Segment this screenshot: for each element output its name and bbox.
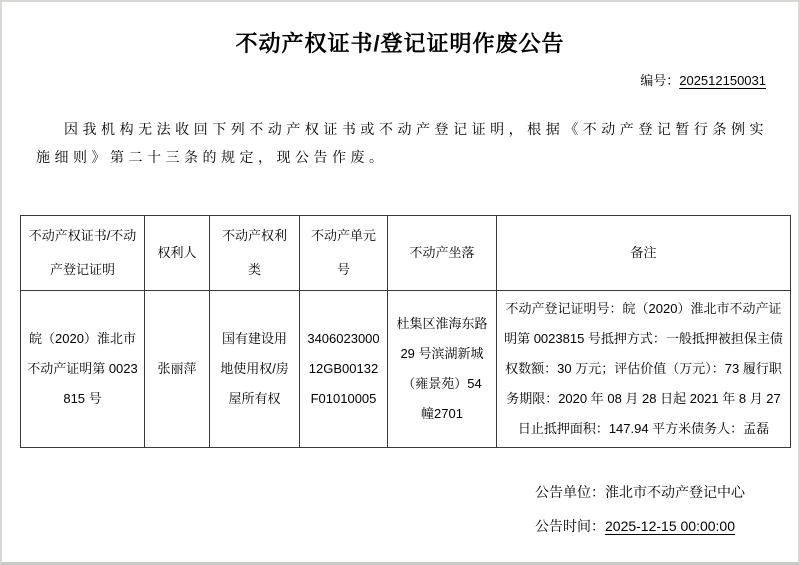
- announcement-unit-value: 淮北市不动产登记中心: [605, 484, 745, 500]
- cell-unit-number: 340602300012GB00132F01010005: [300, 291, 388, 448]
- header-certificate-number: 不动产权证书/不动产登记证明: [21, 216, 145, 291]
- table-row: 皖（2020）淮北市不动产证明第 0023815 号 张丽萍 国有建设用地使用权…: [21, 291, 791, 448]
- header-location: 不动产坐落: [388, 216, 497, 291]
- cell-location: 杜集区淮海东路29 号滨湖新城（雍景苑）54 幢2701: [388, 291, 497, 448]
- announcement-time-label: 公告时间：: [535, 518, 605, 534]
- announcement-time-line: 公告时间：2025-12-15 00:00:00: [535, 509, 798, 543]
- announcement-body: 因我机构无法收回下列不动产权证书或不动产登记证明，根据《不动产登记暂行条例实施细…: [36, 115, 768, 171]
- header-unit-number: 不动产单元号: [300, 216, 388, 291]
- announcement-unit-label: 公告单位：: [535, 484, 605, 500]
- table-header-row: 不动产权证书/不动产登记证明 权利人 不动产权利类 不动产单元号 不动产坐落 备…: [21, 216, 791, 291]
- cell-right-holder: 张丽萍: [145, 291, 210, 448]
- doc-number-value: 202512150031: [679, 73, 766, 88]
- cell-remarks: 不动产登记证明号：皖（2020）淮北市不动产证明第 0023815 号抵押方式：…: [497, 291, 791, 448]
- header-right-type: 不动产权利类: [210, 216, 300, 291]
- announcement-page: 不动产权证书/登记证明作废公告 编号：202512150031 因我机构无法收回…: [0, 0, 800, 565]
- doc-number-label: 编号：: [640, 73, 679, 88]
- announcement-time-value: 2025-12-15 00:00:00: [605, 518, 735, 534]
- doc-number-line: 编号：202512150031: [2, 70, 798, 89]
- header-right-holder: 权利人: [145, 216, 210, 291]
- page-title: 不动产权证书/登记证明作废公告: [2, 27, 798, 58]
- cell-certificate-number: 皖（2020）淮北市不动产证明第 0023815 号: [21, 291, 145, 448]
- footer: 公告单位：淮北市不动产登记中心 公告时间：2025-12-15 00:00:00: [535, 475, 798, 543]
- announcement-unit-line: 公告单位：淮北市不动产登记中心: [535, 475, 798, 509]
- cell-right-type: 国有建设用地使用权/房屋所有权: [210, 291, 300, 448]
- certificate-table: 不动产权证书/不动产登记证明 权利人 不动产权利类 不动产单元号 不动产坐落 备…: [20, 215, 791, 448]
- header-remarks: 备注: [497, 216, 791, 291]
